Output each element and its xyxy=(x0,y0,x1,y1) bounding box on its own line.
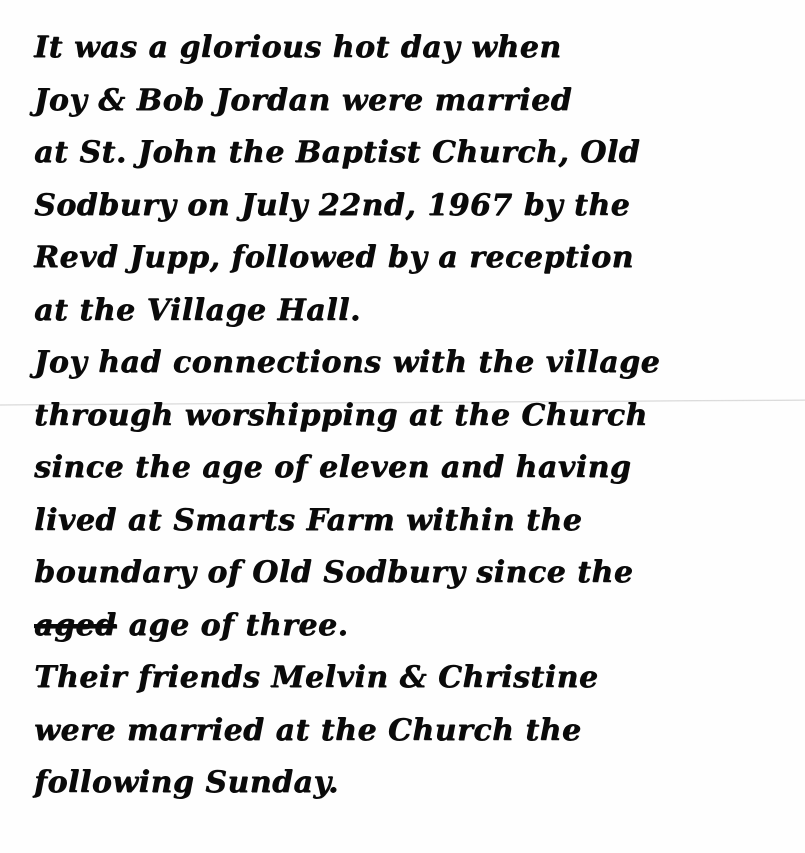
letter-line-4: Sodbury on July 22nd, 1967 by the xyxy=(34,180,794,233)
struck-out-word: aged xyxy=(34,608,116,643)
letter-line-13: Their friends Melvin & Christine xyxy=(34,652,794,705)
letter-line-15: following Sunday. xyxy=(34,757,794,810)
letter-line-14: were married at the Church the xyxy=(34,705,794,758)
letter-line-3: at St. John the Baptist Church, Old xyxy=(34,127,794,180)
letter-line-1: It was a glorious hot day when xyxy=(34,22,794,75)
letter-line-12: agedage of three. xyxy=(34,600,794,653)
letter-line-10: lived at Smarts Farm within the xyxy=(34,495,794,548)
letter-line-9: since the age of eleven and having xyxy=(34,442,794,495)
letter-page: It was a glorious hot day when Joy & Bob… xyxy=(0,0,805,853)
handwritten-letter: It was a glorious hot day when Joy & Bob… xyxy=(34,22,794,810)
letter-line-8: through worshipping at the Church xyxy=(34,390,794,443)
letter-line-11: boundary of Old Sodbury since the xyxy=(34,547,794,600)
letter-line-5: Revd Jupp, followed by a reception xyxy=(34,232,794,285)
letter-line-12-text: age of three. xyxy=(128,608,348,643)
letter-line-2: Joy & Bob Jordan were married xyxy=(34,75,794,128)
letter-line-7: Joy had connections with the village xyxy=(34,337,794,390)
letter-line-6: at the Village Hall. xyxy=(34,285,794,338)
